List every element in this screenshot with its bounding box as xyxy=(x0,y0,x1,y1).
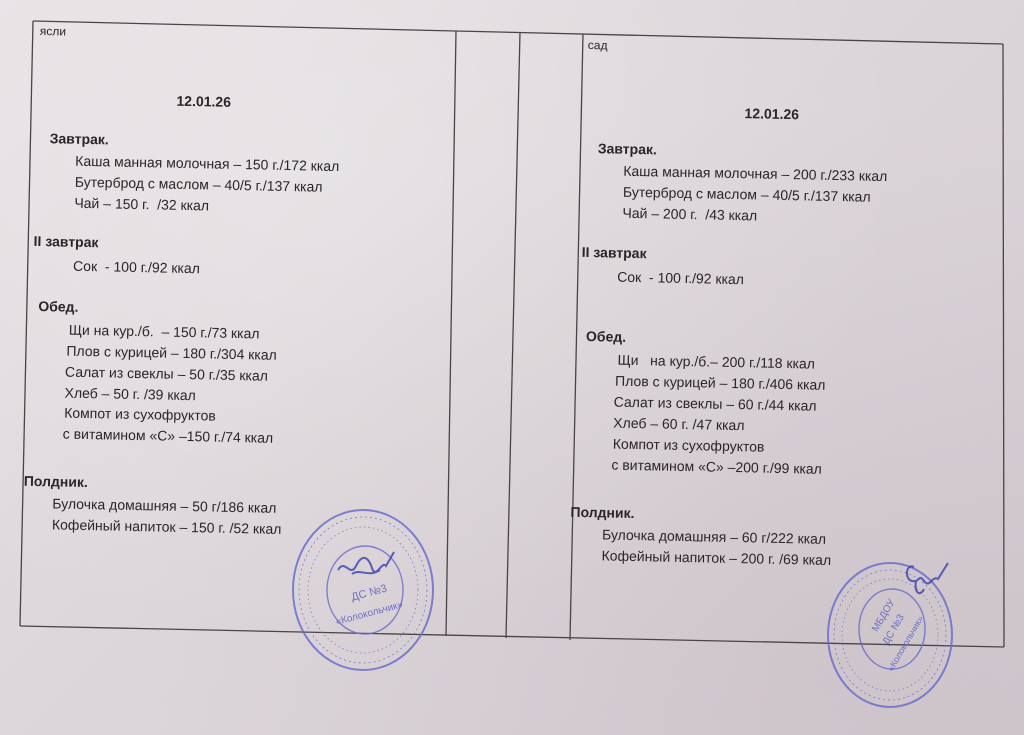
section-title-second-breakfast: II завтрак xyxy=(33,233,98,250)
stamp-line-2: «Колокольчик» xyxy=(335,599,405,628)
menu-item: Хлеб – 50 г. /39 ккал xyxy=(64,385,196,404)
menu-item: Компот из сухофруктов xyxy=(613,436,765,455)
section-title-breakfast: Завтрак. xyxy=(50,130,109,147)
menu-item: Сок - 100 г./92 ккал xyxy=(617,269,744,288)
section-title-afternoon-snack: Полдник. xyxy=(570,504,634,521)
section-title-second-breakfast: II завтрак xyxy=(582,244,647,261)
group-label: сад xyxy=(588,38,608,52)
stamp-line-1: ДС №3 xyxy=(350,583,388,604)
group-label: ясли xyxy=(40,24,66,39)
section-title-afternoon-snack: Полдник. xyxy=(24,473,88,490)
section-title-lunch: Обед. xyxy=(38,298,78,315)
menu-item: Чай – 150 г. /32 ккал xyxy=(74,195,209,214)
menu-item: Чай – 200 г. /43 ккал xyxy=(622,205,757,224)
menu-item: Сок - 100 г./92 ккал xyxy=(73,258,200,277)
menu-item: Компот из сухофруктов xyxy=(64,405,216,424)
menu-date: 12.01.26 xyxy=(744,105,799,122)
menu-date: 12.01.26 xyxy=(176,93,231,110)
section-title-lunch: Обед. xyxy=(586,328,626,345)
official-stamp: МБДОУ ДС №3 «Колокольчик» xyxy=(820,545,970,720)
official-stamp: ДС №3 «Колокольчик» xyxy=(290,508,440,683)
section-title-breakfast: Завтрак. xyxy=(598,140,657,157)
menu-item: Хлеб – 60 г. /47 ккал xyxy=(613,415,745,434)
